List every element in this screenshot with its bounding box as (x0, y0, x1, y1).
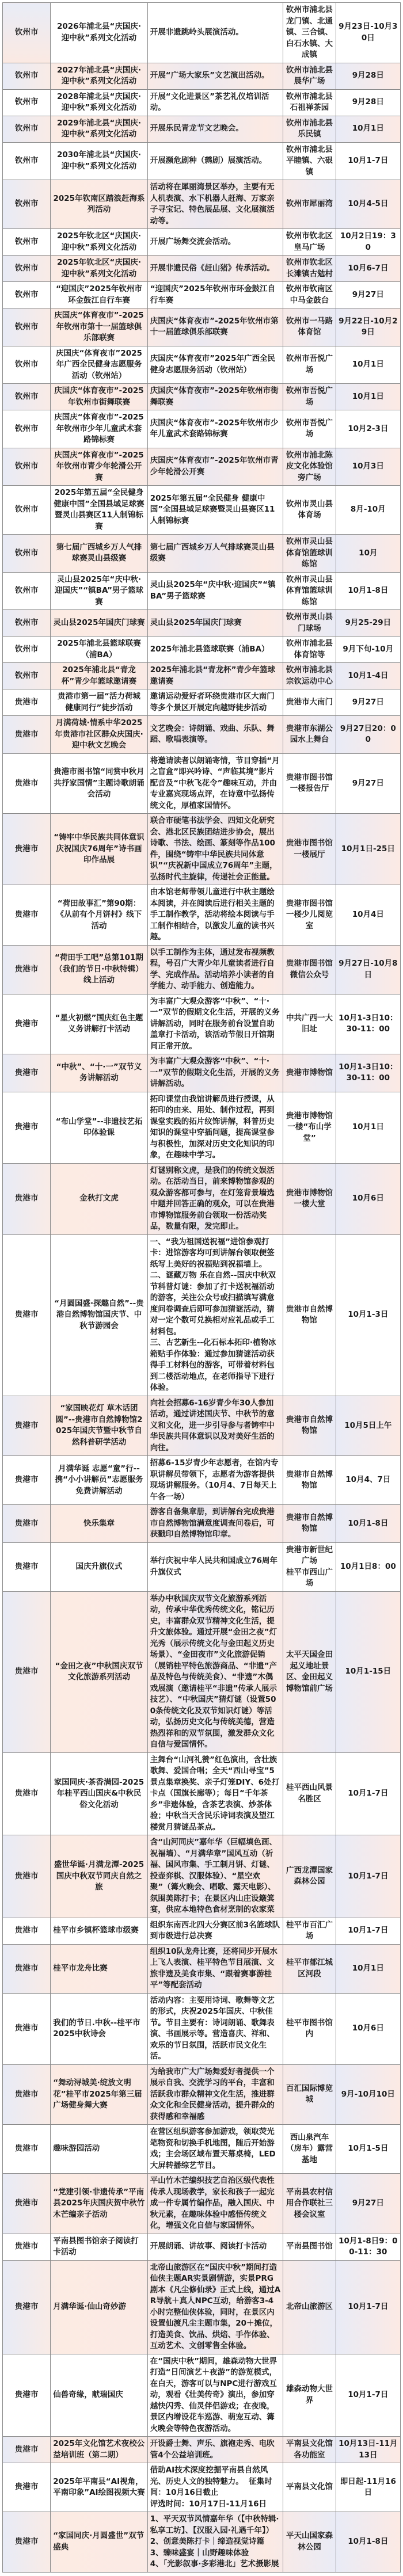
city-cell: 贵港市 (3, 2174, 51, 2234)
table-row: 钦州市2025年钦北区“庆国庆·迎中秋”系列文化活动开展广场舞交流会活动。钦州市… (3, 229, 401, 256)
date-cell: 10月1-3日10：30-11：00 (336, 994, 400, 1054)
event-name-cell: 仙兽奇缘，献瑞国庆 (51, 2354, 147, 2437)
description-cell: 开展非遗民俗《赶山猪》传承活动。 (147, 256, 283, 282)
city-cell: 贵港市 (3, 1163, 51, 1234)
table-row: 钦州市2025年第五届“全民健身 健康中国”全国县域足球赛暨灵山县赛区11人制锦… (3, 486, 401, 535)
city-cell: 贵港市 (3, 814, 51, 885)
description-cell: 举行庆祝中华人民共和国成立76周年升旗仪式 (147, 1542, 283, 1591)
city-cell: 贵港市 (3, 2437, 51, 2463)
description-cell: 庆国庆“体育夜市”-2025年钦州市街舞联赛 (147, 384, 283, 410)
venue-cell: 贵港市自然博物馆 (283, 1396, 336, 1456)
venue-cell: 平南县图书馆 (283, 2234, 336, 2260)
venue-cell: 百汇国际博览城 (283, 2064, 336, 2125)
table-row: 贵港市平南县图书馆亲子阅读打卡活动开展朗诵、讲故事、阅读打卡活动平南县图书馆10… (3, 2234, 401, 2260)
table-row: 贵港市“荷田故事汇”第90期：《从前有个月饼村》线下活动由本馆老师带领儿童进行中… (3, 885, 401, 946)
city-cell: 贵港市 (3, 1092, 51, 1163)
date-cell: 9月27日 (336, 2174, 400, 2234)
city-cell: 钦州市 (3, 89, 51, 116)
date-cell: 9月-10月10日 (336, 2064, 400, 2125)
description-cell: 灵山县2025年国庆门球赛 (147, 610, 283, 637)
date-cell: 10月1-8日 (336, 1505, 400, 1543)
event-name-cell: 趣味游园活动 (51, 2125, 147, 2174)
city-cell: 贵港市 (3, 885, 51, 946)
date-cell: 10月1-7日 (336, 142, 400, 180)
description-cell: 由本馆老师带领儿童进行中秋主题绘本阅读，并在阅读后进行相关主题的手工制作教学，活… (147, 885, 283, 946)
date-cell: 10月3日 (336, 448, 400, 486)
event-name-cell: 月满华诞 志愿“童”行--携“小小讲解员”志愿服务免费讲解活动 (51, 1456, 147, 1505)
date-cell: 10月4-5日 (336, 180, 400, 229)
event-name-cell: 灵山县2025年“庆中秋·迎国庆”“镇BA”男子篮球赛 (51, 572, 147, 610)
description-cell: 组织东南西北四大分赛区前3名篮球队到市级进行总决赛 (147, 1918, 283, 1944)
date-cell: 10月1-8日 (336, 572, 400, 610)
city-cell: 钦州市 (3, 610, 51, 637)
table-row: 贵港市“中秋”、“十·一”双节义务讲解活动为丰富广大观众游客“中秋”、“十·一”… (3, 1054, 401, 1092)
date-cell: 10月1-15日 (336, 1591, 400, 1752)
table-row: 贵港市“家国同庆·月圆盛世”双节盛典1、平天双节风情嘉年华（【中秋特辑·私享工坊… (3, 2512, 401, 2573)
event-name-cell: 我们的节日.中秋--桂平市2025中秋诗会 (51, 1993, 147, 2064)
venue-cell: 桂平市图书馆内 (283, 1993, 336, 2064)
table-row: 贵港市桂平市龙舟比赛组织10队龙舟比赛，还将同步开展水上飞人表演、桂平特色节目展… (3, 1944, 401, 1993)
event-name-cell: 快乐集章 (51, 1505, 147, 1543)
description-cell: 为给我市广大广场舞爱好者提供一个展示自我、交流学习的平台，丰富和活跃我市群众精神… (147, 2064, 283, 2125)
venue-cell: 钦州市钦北区皇马广场 (283, 229, 336, 256)
city-cell: 钦州市 (3, 663, 51, 689)
city-cell: 贵港市 (3, 1456, 51, 1505)
date-cell: 10月6日 (336, 1993, 400, 2064)
table-row: 钦州市2025年浦北县篮球联赛（浦BA）2025年浦北县篮球联赛（浦BA）钦州市… (3, 637, 401, 663)
table-row: 贵港市“荷田手工吧”总第101期（我们的节日·中秋特辑）线上活动以手工制作为主体… (3, 945, 401, 994)
venue-cell: 钦州市灵山县体育馆篮球训练馆 (283, 535, 336, 573)
table-row: 贵港市贵港市图书馆“同赏中秋月 共抒家国情”主题诗歌朗诵会活动将邀请读者以朗诵寄… (3, 753, 401, 814)
venue-cell: 贵港市博物馆一楼“布山学堂” (283, 1092, 336, 1163)
date-cell: 9月23日-10月30日 (336, 3, 400, 63)
description-cell: 组织10队龙舟比赛，还将同步开展水上飞人表演、桂平特色节目展演、文旅非遗及美食市… (147, 1944, 283, 1993)
city-cell: 钦州市 (3, 308, 51, 346)
event-name-cell: 庆国庆“体育夜市”2025年广西全民健身志愿服务活动（钦州站） (51, 346, 147, 384)
venue-cell: 平南县文化馆各功能室 (283, 2437, 336, 2463)
venue-cell: 钦州市灵山县体育场 (283, 486, 336, 535)
venue-cell: 钦州市吾悦广场 (283, 346, 336, 384)
event-name-cell: 2025年文化馆艺术夜校公益培训班（第二期） (51, 2437, 147, 2463)
date-cell: 10月1-3日 (336, 1234, 400, 1396)
description-cell: 以手工制作为主体，通过发布视频教程，号召广大青少年儿童读者进行自学、完成作品。活… (147, 945, 283, 994)
description-cell: 开展乐民青龙节文艺晚会。 (147, 116, 283, 142)
table-row: 贵港市月满荷城·情系中华2025年贵港市社区群众庆国庆·迎中秋文艺晚会文艺晚会：… (3, 716, 401, 754)
description-cell: 联合市硬笔书法学会、四知文化研究会、港北区民族团结进步协会，展出诗歌、书法、绘画… (147, 814, 283, 885)
table-row: 钦州市庆国庆“体育夜市”-2025年钦州市少年儿童武术套路锦标赛庆国庆“体育夜市… (3, 410, 401, 448)
venue-cell: 钦州市浦北县晨华广场 (283, 63, 336, 89)
table-row: 钦州市庆国庆“体育夜市”-2025年钦州市街舞联赛庆国庆“体育夜市”-2025年… (3, 384, 401, 410)
date-cell: 9月28日 (336, 89, 400, 116)
date-cell: 10月1-7日 (336, 1918, 400, 1944)
city-cell: 贵港市 (3, 1396, 51, 1456)
city-cell: 贵港市 (3, 1054, 51, 1092)
description-cell: 庆国庆“体育夜市”2025年广西全民健身志愿服务活动（钦州站） (147, 346, 283, 384)
table-row: 钦州市2029年浦北县“庆国庆·迎中秋”系列文化活动开展乐民青龙节文艺晚会。钦州… (3, 116, 401, 142)
city-cell: 钦州市 (3, 572, 51, 610)
date-cell: 9月27日 (336, 689, 400, 716)
venue-cell: 平南县文化馆 (283, 2463, 336, 2512)
date-cell: 10月1日-25日 (336, 814, 400, 885)
table-row: 贵港市我们的节日.中秋--桂平市2025中秋诗会活动内容：主要用诗词、歌舞等文艺… (3, 1993, 401, 2064)
city-cell: 贵港市 (3, 2512, 51, 2573)
venue-cell: 钦州市钦北区长滩镇古勉村 (283, 256, 336, 282)
event-name-cell: “中秋”、“十·一”双节义务讲解活动 (51, 1054, 147, 1092)
date-cell: 10月1日 (336, 384, 400, 410)
event-name-cell: 2025年第五届“全民健身 健康中国”全国县域足球赛暨灵山县赛区11人制锦标赛 (51, 486, 147, 535)
event-name-cell: 家国同庆·茶香满园-2025年桂平西山国庆&中秋民俗文化活动 (51, 1752, 147, 1835)
description-cell: 在营区组织游客参加游戏，领取荧光笔物资和切换手机地图，随后开始游戏；主会场区域布… (147, 2125, 283, 2174)
table-row: 贵港市趣味游园活动在营区组织游客参加游戏，领取荧光笔物资和切换手机地图，随后开始… (3, 2125, 401, 2174)
description-cell: 2025年第五届“全民健身 健康中国”全国县域足球赛暨灵山县赛区11人制锦标赛 (147, 486, 283, 535)
events-table: 钦州市2026年浦北县“庆国庆·迎中秋”系列文化活动开展非遗跳岭头展演活动。钦州… (2, 2, 401, 2573)
venue-cell: 贵港市新世纪广场 桂平市西山广场 (283, 1542, 336, 1591)
event-name-cell: “铸牢中华民族共同体意识 庆祝国庆76周年”诗书画印作品展 (51, 814, 147, 885)
table-row: 钦州市2027年浦北县“庆国庆·迎中秋”系列文化活动开展“广场大家乐”文艺演出活… (3, 63, 401, 89)
event-name-cell: 庆国庆“体育夜市”-2025年钦州市少年儿童武术套路锦标赛 (51, 410, 147, 448)
date-cell: 10月 (336, 535, 400, 573)
date-cell: 10月1日 (336, 1092, 400, 1163)
description-cell: 借助AI技术深度挖掘平南县自然风光、历史人文的独特魅力。 征集时间：10月16日… (147, 2463, 283, 2512)
city-cell: 钦州市 (3, 384, 51, 410)
venue-cell: 钦州市灵山县体育馆篮球训练馆 (283, 572, 336, 610)
city-cell: 贵港市 (3, 2354, 51, 2437)
venue-cell: 钦州市灵山县门球场 (283, 610, 336, 637)
description-cell: 开展濒危剧种（鹩剧）展演活动。 (147, 142, 283, 180)
description-cell: 庆国庆“体育夜市”-2025年钦州市第十一届篮球俱乐部联赛 (147, 308, 283, 346)
venue-cell: 钦州市浦北县石祖禅茶园 (283, 89, 336, 116)
venue-cell: 钦州市浦北县宗钦运动中心 (283, 663, 336, 689)
description-cell: 灵山县2025年“庆中秋·迎国庆”“镇BA”男子篮球赛 (147, 572, 283, 610)
description-cell: 拓印课堂由我馆讲解员进行授课，从拓印的由来、用处、制作过程，再到课堂实践的拓片纹… (147, 1092, 283, 1163)
venue-cell: 贵港市自然博物馆 (283, 1505, 336, 1543)
table-row: 贵港市“铸牢中华民族共同体意识 庆祝国庆76周年”诗书画印作品展联合市硬笔书法学… (3, 814, 401, 885)
date-cell: 9月27日 (336, 282, 400, 308)
table-row: 钦州市“迎国庆”2025年钦州市环金鼓江自行车赛“迎国庆”2025年钦州市环金鼓… (3, 282, 401, 308)
event-name-cell: “舞动浔城美·绽放文明花”桂平市2025年第三届广场健身舞大赛 (51, 2064, 147, 2125)
description-cell: 为丰富广大观众游客“中秋”、“十·一”双节的假期文化生活，开展的义务讲解活动，同… (147, 994, 283, 1054)
description-cell: 开展广场舞交流会活动。 (147, 229, 283, 256)
description-cell: 开展“广场大家乐”文艺演出活动。 (147, 63, 283, 89)
description-cell: 2025年浦北县篮球联赛（浦BA） (147, 637, 283, 663)
table-row: 钦州市2025年钦北区“庆国庆·迎中秋”系列文化活动开展非遗民俗《赶山猪》传承活… (3, 256, 401, 282)
description-cell: 将邀请读者以朗诵寄情，节目穿插“月之盲盒”即兴吟诗、“声临其境”影片配音及“中秋… (147, 753, 283, 814)
table-row: 贵港市2025年文化馆艺术夜校公益培训班（第二期）开设爵士舞、声乐、旗袍走秀、电… (3, 2437, 401, 2463)
description-cell: 2025年浦北县“青龙杯”青少年篮球邀请赛 (147, 663, 283, 689)
table-row: 贵港市月满华诞 志愿“童”行--携“小小讲解员”志愿服务免费讲解活动招募6-15… (3, 1456, 401, 1505)
description-cell: 一、“我为祖国送祝福”进馆参观打卡：进馆游客均可到讲解台领取便签纸写上美好的祝福… (147, 1234, 283, 1396)
event-name-cell: 2025年浦北县篮球联赛（浦BA） (51, 637, 147, 663)
event-name-cell: 庆国庆“体育夜市”-2025年钦州市街舞联赛 (51, 384, 147, 410)
venue-cell: 贵港市图书馆微信公众号 (283, 945, 336, 994)
event-name-cell: “月圆国盛·探趣自然”--贵港自然博物馆国庆节、中秋节游园会 (51, 1234, 147, 1396)
date-cell: 即日起-11月16日 (336, 2463, 400, 2512)
event-name-cell: 桂平市乡镇杯篮球市级赛 (51, 1918, 147, 1944)
city-cell: 钦州市 (3, 63, 51, 89)
date-cell: 10月1-7日 (336, 2260, 400, 2354)
description-cell: 活动将在犀丽湾景区举办，主要有无人机表演、水下机器人赶海、万家亲子寻宝记、特色展… (147, 180, 283, 229)
city-cell: 贵港市 (3, 994, 51, 1054)
event-name-cell: 桂平市龙舟比赛 (51, 1944, 147, 1993)
date-cell: 9月27日20：00 (336, 716, 400, 754)
event-name-cell: 2025年平南县“AI视角，平南印象”AI绘图视频大赛 (51, 2463, 147, 2512)
table-row: 贵港市“党建引领·非遗传承”平南县2025年庆国庆贺中秋竹木芒编亲子活动平山竹木… (3, 2174, 401, 2234)
event-name-cell: 2030年浦北县“庆国庆·迎中秋”系列文化活动 (51, 142, 147, 180)
venue-cell: 贵港市博物馆一楼大堂 (283, 1163, 336, 1234)
city-cell: 贵港市 (3, 2125, 51, 2174)
date-cell: 10月5日上午 (336, 1396, 400, 1456)
date-cell: 9月27日-10月8日 (336, 945, 400, 994)
event-name-cell: 2025年钦北区“庆国庆·迎中秋”系列文化活动 (51, 256, 147, 282)
description-cell: 文艺晚会：诗朗诵、戏曲、乐队、舞蹈、歌唱表演等。 (147, 716, 283, 754)
city-cell: 贵港市 (3, 689, 51, 716)
description-cell: “迎国庆”2025年钦州市环金鼓江自行车赛 (147, 282, 283, 308)
table-row: 钦州市庆国庆“体育夜市”-2025年钦州市青少年轮滑公开赛庆国庆“体育夜市”-2… (3, 448, 401, 486)
table-row: 钦州市2030年浦北县“庆国庆·迎中秋”系列文化活动开展濒危剧种（鹩剧）展演活动… (3, 142, 401, 180)
event-name-cell: 灵山县2025年国庆门球赛 (51, 610, 147, 637)
city-cell: 贵港市 (3, 2260, 51, 2354)
event-name-cell: “布山学堂”--非遗技艺拓印体验课 (51, 1092, 147, 1163)
description-cell: 游客自备集章册，到讲解台完成贵港市自然博物馆满意度调查问卷后，可获戳印自然博物馆… (147, 1505, 283, 1543)
event-name-cell: “家国映花灯 草木话团圆”--贵港市自然博物馆2025年国庆节暨中秋节自然科普研… (51, 1396, 147, 1456)
city-cell: 钦州市 (3, 180, 51, 229)
city-cell: 钦州市 (3, 229, 51, 256)
date-cell: 10月2日19：30 (336, 229, 400, 256)
table-row: 贵港市“家国映花灯 草木话团圆”--贵港市自然博物馆2025年国庆节暨中秋节自然… (3, 1396, 401, 1456)
event-name-cell: 月满荷城·情系中华2025年贵港市社区群众庆国庆·迎中秋文艺晚会 (51, 716, 147, 754)
venue-cell: 贵港市大南门 (283, 689, 336, 716)
table-row: 贵港市金秋打文虎灯谜别称文虎，是我们的传统文娱活动。在活动当日，前来博物馆参观的… (3, 1163, 401, 1234)
event-name-cell: 月满华诞·仙山奇妙游 (51, 2260, 147, 2354)
venue-cell: 贵港市自然博物馆 (283, 1456, 336, 1505)
date-cell: 10月4、7日 (336, 1456, 400, 1505)
date-cell: 9月28日 (336, 63, 400, 89)
description-cell: 主舞台“山河礼赞”红色演出，含壮族歌舞、爱国合唱；全天“西山寻宝”5景点集章换奖… (147, 1752, 283, 1835)
date-cell: 9月25-29日 (336, 610, 400, 637)
table-row: 贵港市“月圆国盛·探趣自然”--贵港自然博物馆国庆节、中秋节游园会一、“我为祖国… (3, 1234, 401, 1396)
city-cell: 贵港市 (3, 1944, 51, 1993)
table-row: 贵港市“布山学堂”--非遗技艺拓印体验课拓印课堂由我馆讲解员进行授课，从拓印的由… (3, 1092, 401, 1163)
event-name-cell: 金秋打文虎 (51, 1163, 147, 1234)
table-row: 钦州市2025年浦北县“青龙杯”青少年篮球邀请赛2025年浦北县“青龙杯”青少年… (3, 663, 401, 689)
table-row: 贵港市仙兽奇缘，献瑞国庆在“国庆中秋”期间，雄森动物大世界打造“日间演艺＋夜游”… (3, 2354, 401, 2437)
date-cell: 9月下旬-10月 (336, 637, 400, 663)
venue-cell: 桂平市郁江城区河段 (283, 1944, 336, 1993)
venue-cell: 钦州市吾悦广场 (283, 384, 336, 410)
event-name-cell: “荷田手工吧”总第101期（我们的节日·中秋特辑）线上活动 (51, 945, 147, 994)
table-row: 钦州市2025年钦南区踏浪赶海系列活动活动将在犀丽湾景区举办，主要有无人机表演、… (3, 180, 401, 229)
city-cell: 贵港市 (3, 753, 51, 814)
description-cell: 为丰富广大观众游客“中秋”、“十·一”双节的假期文化生活，开展的义务讲解活动。 (147, 1054, 283, 1092)
city-cell: 贵港市 (3, 1752, 51, 1835)
date-cell: 10月6-7日 (336, 256, 400, 282)
table-row: 钦州市灵山县2025年“庆中秋·迎国庆”“镇BA”男子篮球赛灵山县2025年“庆… (3, 572, 401, 610)
city-cell: 贵港市 (3, 1542, 51, 1591)
description-cell: 灯谜别称文虎，是我们的传统文娱活动。在活动当日，前来博物馆参观的观众游客都可参与… (147, 1163, 283, 1234)
venue-cell: 太平天国金田起义地址景区、金田起义博物馆前广场 (283, 1591, 336, 1752)
venue-cell: 贵港市博物馆 (283, 1054, 336, 1092)
page-body: 钦州市2026年浦北县“庆国庆·迎中秋”系列文化活动开展非遗跳岭头展演活动。钦州… (0, 0, 403, 2576)
city-cell: 贵港市 (3, 2064, 51, 2125)
venue-cell: 钦州市浦北县乐民镇 (283, 116, 336, 142)
city-cell: 钦州市 (3, 282, 51, 308)
city-cell: 贵港市 (3, 1591, 51, 1752)
city-cell: 贵港市 (3, 1918, 51, 1944)
event-name-cell: “金田之夜”中秋国庆双节文化旅游系列活动 (51, 1591, 147, 1752)
description-cell: 开展朗诵、讲故事、阅读打卡活动 (147, 2234, 283, 2260)
city-cell: 贵港市 (3, 1993, 51, 2064)
date-cell: 10月4日 (336, 885, 400, 946)
event-name-cell: 国庆升旗仪式 (51, 1542, 147, 1591)
venue-cell: 雄森动物大世界 (283, 2354, 336, 2437)
event-name-cell: 庆国庆“体育夜市”-2025年钦州市第十一届篮球俱乐部联赛 (51, 308, 147, 346)
venue-cell: 广西龙潭国家森林公园 (283, 1835, 336, 1918)
description-cell: 招募6-15岁青少年志愿者，在馆内专职讲解员带领下，志愿者为游客提供现场讲解服务… (147, 1456, 283, 1505)
venue-cell: 钦州市钦南区中马金鼓台 (283, 282, 336, 308)
description-cell: 开设爵士舞、声乐、旗袍走秀、电吹管4个公益培训班。 (147, 2437, 283, 2463)
date-cell: 9月27日 (336, 753, 400, 814)
description-cell: 第七届广西城乡万人气排球赛灵山县级赛 (147, 535, 283, 573)
date-cell: 10月1-8日9：00-11：30 (336, 2234, 400, 2260)
events-table-body: 钦州市2026年浦北县“庆国庆·迎中秋”系列文化活动开展非遗跳岭头展演活动。钦州… (3, 3, 401, 2573)
date-cell: 10月6日 (336, 1163, 400, 1234)
description-cell: 开展“文化进景区”茶艺礼仪培训活动。 (147, 89, 283, 116)
table-row: 钦州市第七届广西城乡万人气排球赛灵山县级赛第七届广西城乡万人气排球赛灵山县级赛钦… (3, 535, 401, 573)
venue-cell: 贵港市图书馆一楼报告厅 (283, 753, 336, 814)
description-cell: 1、平天双节风情嘉年华（【中秋特辑·私享工坊】、【汉服入园·礼遇千年】） 2、创… (147, 2512, 283, 2573)
event-name-cell: 2025年浦北县“青龙杯”青少年篮球邀请赛 (51, 663, 147, 689)
description-cell: 活动内容：主要用诗词、歌舞等文艺的形式，庆祝2025年国庆、中秋佳节。节目主要有… (147, 1993, 283, 2064)
table-row: 贵港市快乐集章游客自备集章册，到讲解台完成贵港市自然博物馆满意度调查问卷后，可获… (3, 1505, 401, 1543)
venue-cell: 钦州市浦北县龙门镇、北通镇、三合镇、白石水镇、大成镇 (283, 3, 336, 63)
date-cell: 10月1-3日10：30-11：00 (336, 1054, 400, 1092)
date-cell: 8月-10月 (336, 486, 400, 535)
description-cell: 开展非遗跳岭头展演活动。 (147, 3, 283, 63)
table-row: 贵港市贵港市第一届“活力荷城 健康同行”徒步活动邀请运动爱好者环绕贵港市区大南门… (3, 689, 401, 716)
table-row: 贵港市桂平市乡镇杯篮球市级赛组织东南西北四大分赛区前3名篮球队到市级进行总决赛桂… (3, 1918, 401, 1944)
city-cell: 钦州市 (3, 346, 51, 384)
city-cell: 贵港市 (3, 1234, 51, 1396)
date-cell: 10月1-5日 (336, 2125, 400, 2174)
description-cell: 邀请运动爱好者环绕贵港市区大南门等多个景区开展定向越野徒步活动 (147, 689, 283, 716)
table-row: 贵港市国庆升旗仪式举行庆祝中华人民共和国成立76周年升旗仪式贵港市新世纪广场 桂… (3, 1542, 401, 1591)
table-row: 钦州市庆国庆“体育夜市”-2025年钦州市第十一届篮球俱乐部联赛庆国庆“体育夜市… (3, 308, 401, 346)
event-name-cell: “家国同庆·月圆盛世”双节盛典 (51, 2512, 147, 2573)
venue-cell: 钦州市吾悦广场 (283, 410, 336, 448)
event-name-cell: 第七届广西城乡万人气排球赛灵山县级赛 (51, 535, 147, 573)
description-cell: 平山竹木芒编织技艺自治区级代表性传承人现场教学，家长和孩子一起完成一件专属竹编作… (147, 2174, 283, 2234)
table-row: 贵港市“星火初燃”国庆红色主题义务讲解打卡活动为丰富广大观众游客“中秋”、“十·… (3, 994, 401, 1054)
city-cell: 钦州市 (3, 410, 51, 448)
city-cell: 贵港市 (3, 2234, 51, 2260)
date-cell: 10月1-8日 (336, 2512, 400, 2573)
event-name-cell: 平南县图书馆亲子阅读打卡活动 (51, 2234, 147, 2260)
venue-cell: 钦州市浦北县平睦镇、六硍镇 (283, 142, 336, 180)
venue-cell: 贵港市自然博物馆 (283, 1234, 336, 1396)
city-cell: 贵港市 (3, 1505, 51, 1543)
event-name-cell: 2029年浦北县“庆国庆·迎中秋”系列文化活动 (51, 116, 147, 142)
venue-cell: 钦州市犀丽湾 (283, 180, 336, 229)
venue-cell: 平南县农村信用合作联社三楼会议室 (283, 2174, 336, 2234)
city-cell: 钦州市 (3, 3, 51, 63)
date-cell: 10月2-3日 (336, 410, 400, 448)
date-cell: 10月1日8：00 (336, 1542, 400, 1591)
date-cell: 10月1日 (336, 116, 400, 142)
venue-cell: 北帝山旅游区 (283, 2260, 336, 2354)
date-cell: 10月1日 (336, 346, 400, 384)
event-name-cell: 2027年浦北县“庆国庆·迎中秋”系列文化活动 (51, 63, 147, 89)
description-cell: 含“山河同庆”嘉年华（巨幅填色画、祝福墙）、“月满华章”国风互动（祈福、国风市集… (147, 1835, 283, 1918)
city-cell: 贵港市 (3, 945, 51, 994)
city-cell: 贵港市 (3, 1835, 51, 1918)
event-name-cell: 庆国庆“体育夜市”-2025年钦州市青少年轮滑公开赛 (51, 448, 147, 486)
event-name-cell: 2025年钦北区“庆国庆·迎中秋”系列文化活动 (51, 229, 147, 256)
event-name-cell: 贵港市图书馆“同赏中秋月 共抒家国情”主题诗歌朗诵会活动 (51, 753, 147, 814)
event-name-cell: “星火初燃”国庆红色主题义务讲解打卡活动 (51, 994, 147, 1054)
date-cell: 10月1日 (336, 1944, 400, 1993)
city-cell: 贵港市 (3, 716, 51, 754)
description-cell: 北帝山旅游区在“国庆中秋”期间打造仙侠主题AR实景剧情游，实景PRG剧本《凡尘修… (147, 2260, 283, 2354)
event-name-cell: “荷田故事汇”第90期：《从前有个月饼村》线下活动 (51, 885, 147, 946)
table-row: 钦州市2026年浦北县“庆国庆·迎中秋”系列文化活动开展非遗跳岭头展演活动。钦州… (3, 3, 401, 63)
city-cell: 钦州市 (3, 486, 51, 535)
venue-cell: 钦州市一马路体育馆 (283, 308, 336, 346)
venue-cell: 西山泉汽车（房车）露营基地 (283, 2125, 336, 2174)
description-cell: 举办中秋国庆双节文化旅游系列活动，传承中华优秀传统文化，铭记历史，丰富群众双节精… (147, 1591, 283, 1752)
table-row: 贵港市“金田之夜”中秋国庆双节文化旅游系列活动举办中秋国庆双节文化旅游系列活动，… (3, 1591, 401, 1752)
venue-cell: 贵港市图书馆一楼展厅 (283, 814, 336, 885)
table-row: 贵港市月满华诞·仙山奇妙游北帝山旅游区在“国庆中秋”期间打造仙侠主题AR实景剧情… (3, 2260, 401, 2354)
venue-cell: 平天山国家森林公园 (283, 2512, 336, 2573)
description-cell: 庆国庆“体育夜市”-2025年钦州市青少年轮滑公开赛 (147, 448, 283, 486)
event-name-cell: 2028年浦北县“庆国庆·迎中秋”系列文化活动 (51, 89, 147, 116)
table-row: 钦州市灵山县2025年国庆门球赛灵山县2025年国庆门球赛钦州市灵山县门球场9月… (3, 610, 401, 637)
city-cell: 贵港市 (3, 2463, 51, 2512)
city-cell: 钦州市 (3, 535, 51, 573)
table-row: 贵港市盛世华诞·月满龙潭-2025国庆中秋双节同庆自然之旅含“山河同庆”嘉年华（… (3, 1835, 401, 1918)
table-row: 钦州市2028年浦北县“庆国庆·迎中秋”系列文化活动开展“文化进景区”茶艺礼仪培… (3, 89, 401, 116)
venue-cell: 钦州市浦北陈皮文化体验馆旁广场 (283, 448, 336, 486)
event-name-cell: 2025年钦南区踏浪赶海系列活动 (51, 180, 147, 229)
venue-cell: 中共广西一大旧址 (283, 994, 336, 1054)
event-name-cell: “迎国庆”2025年钦州市环金鼓江自行车赛 (51, 282, 147, 308)
venue-cell: 桂平西山风景名胜区 (283, 1752, 336, 1835)
description-cell: 向社会招募6-16岁青少年30人参加活动，通过讲述国庆节、中秋节的意义和文化，进… (147, 1396, 283, 1456)
venue-cell: 贵港市东湖公园水上舞台 (283, 716, 336, 754)
date-cell: 10月1-7日 (336, 2354, 400, 2437)
description-cell: 在“国庆中秋”期间，雄森动物大世界打造“日间演艺＋夜游”的游览模式，在白天，游客… (147, 2354, 283, 2437)
date-cell: 10月1-7日 (336, 1752, 400, 1835)
venue-cell: 桂平市百汇广场 (283, 1918, 336, 1944)
city-cell: 钦州市 (3, 448, 51, 486)
city-cell: 钦州市 (3, 637, 51, 663)
venue-cell: 贵港市图书馆一楼少儿阅览室 (283, 885, 336, 946)
table-row: 贵港市2025年平南县“AI视角，平南印象”AI绘图视频大赛借助AI技术深度挖掘… (3, 2463, 401, 2512)
event-name-cell: 贵港市第一届“活力荷城 健康同行”徒步活动 (51, 689, 147, 716)
date-cell: 10月1-4日 (336, 663, 400, 689)
description-cell: 庆国庆“体育夜市”-2025年钦州市少年儿童武术套路锦标赛 (147, 410, 283, 448)
city-cell: 钦州市 (3, 256, 51, 282)
table-row: 贵港市家国同庆·茶香满园-2025年桂平西山国庆&中秋民俗文化活动主舞台“山河礼… (3, 1752, 401, 1835)
event-name-cell: 盛世华诞·月满龙潭-2025国庆中秋双节同庆自然之旅 (51, 1835, 147, 1918)
date-cell: 10月1-7日 (336, 1835, 400, 1918)
city-cell: 钦州市 (3, 142, 51, 180)
event-name-cell: “党建引领·非遗传承”平南县2025年庆国庆贺中秋竹木芒编亲子活动 (51, 2174, 147, 2234)
city-cell: 钦州市 (3, 116, 51, 142)
date-cell: 10月13日-11月13日 (336, 2437, 400, 2463)
table-row: 贵港市“舞动浔城美·绽放文明花”桂平市2025年第三届广场健身舞大赛为给我市广大… (3, 2064, 401, 2125)
event-name-cell: 2026年浦北县“庆国庆·迎中秋”系列文化活动 (51, 3, 147, 63)
